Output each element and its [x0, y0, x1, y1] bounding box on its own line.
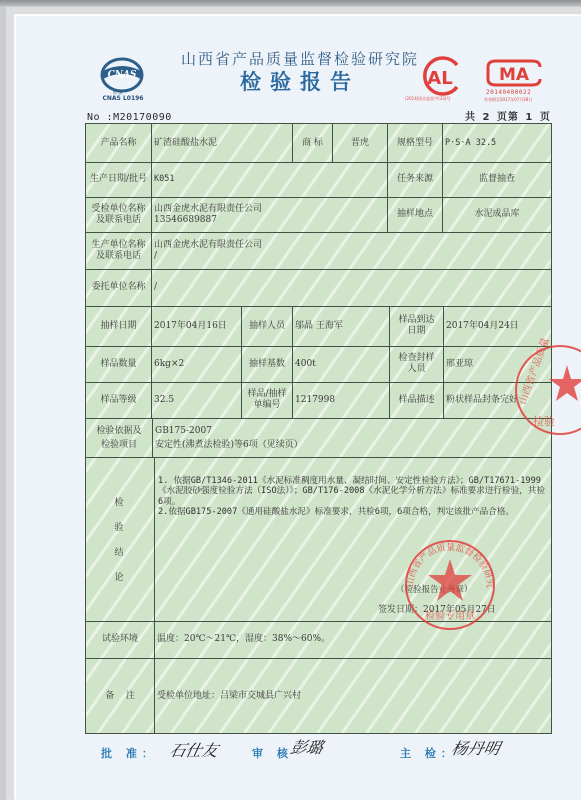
- basis-items: 安定性(沸煮法检验)等6项（见续页）: [155, 438, 303, 452]
- svg-text:CNAS: CNAS: [108, 70, 137, 80]
- arrival-date-label-line1: 样品到达: [398, 315, 434, 326]
- arrival-date-label-line2: 日期: [407, 326, 425, 337]
- inspected-unit-label-line2: 及联系电话: [96, 215, 141, 226]
- inspector-label: 主 检：: [400, 745, 457, 761]
- svg-text:MA: MA: [499, 65, 530, 85]
- production-batch-label: 生产日期/批号: [86, 162, 152, 197]
- environment-value: 温度：20℃～21℃，湿度：38%～60%。: [155, 621, 551, 658]
- trademark-value: 晋虎: [333, 124, 388, 162]
- conclusion-label-char: 检: [114, 495, 123, 508]
- inspected-unit-name: 山西金虎水泥有限责任公司: [154, 204, 262, 215]
- producer-unit-phone: /: [154, 251, 157, 262]
- sampling-base-value: 400t: [293, 346, 390, 382]
- spec-model-value: P·S·A 32.5: [443, 124, 551, 162]
- inspector-signature: 杨丹明: [450, 736, 503, 759]
- remarks-label: 备 注: [86, 658, 155, 734]
- conclusion-paragraph-1: 1. 依据GB/T1346-2011《水泥标准稠度用水量、凝结时间、安定性检验方…: [158, 476, 550, 507]
- row-divider: [86, 457, 551, 458]
- conclusion-label: 检 验 结 论: [86, 457, 152, 621]
- entrusting-unit-label: 委托单位名称: [86, 269, 152, 306]
- inspected-unit-label: 受检单位名称 及联系电话: [86, 197, 152, 232]
- svg-text:AL: AL: [427, 68, 452, 89]
- basis-label-line2: 检验项目: [101, 438, 137, 452]
- product-name-label: 产品名称: [86, 124, 152, 162]
- spec-model-label: 规格型号: [388, 124, 443, 162]
- inspection-form: 产品名称 矿渣硅酸盐水泥 商 标 晋虎 规格型号 P·S·A 32.5 生产日期…: [85, 123, 552, 734]
- sample-quantity-value: 6kg×2: [152, 346, 242, 382]
- sample-no-value: 1217998: [293, 382, 390, 418]
- seal-inspector-label-line1: 检查封样: [398, 353, 434, 364]
- basis-label-line1: 检验依据及: [96, 424, 141, 438]
- sample-description-label: 样品描述: [390, 382, 444, 418]
- inspected-unit-value: 山西金虎水泥有限责任公司 13546689887: [152, 197, 388, 232]
- cnas-code: CNAS L0196: [98, 95, 148, 102]
- basis-label: 检验依据及 检验项目: [86, 418, 153, 457]
- conclusion-label-char: 验: [114, 520, 123, 533]
- seal-note: （检验报告业务章）: [396, 583, 473, 595]
- producer-unit-name: 山西金虎水泥有限责任公司: [154, 240, 262, 251]
- conclusion-paragraph-2: 2.依据GB175-2007《通用硅酸盐水泥》标准要求，共检6项，6项合格，判定…: [158, 507, 550, 517]
- seal-inspector-value: 邢亚琼: [444, 346, 551, 382]
- trademark-label: 商 标: [293, 124, 333, 162]
- sampler-value: 邬晶 王海军: [293, 306, 390, 346]
- producer-unit-label-line2: 及联系电话: [96, 251, 141, 262]
- task-source-label: 任务来源: [388, 162, 443, 197]
- basis-value: GB175-2007 安定性(沸煮法检验)等6项（见续页）: [153, 418, 551, 457]
- page-count: 共 2 页第 1 页: [465, 108, 551, 123]
- product-name-value: 矿渣硅酸盐水泥: [152, 124, 293, 162]
- approver-signature: 石仕友: [168, 738, 221, 761]
- sample-no-label-line1: 样品/抽样: [247, 389, 286, 400]
- report-number: No :M20170090: [87, 112, 172, 123]
- cal-logo-icon: AL: [419, 55, 463, 97]
- cal-note: (2014)国认监验字(33)号: [405, 96, 451, 102]
- arrival-date-value: 2017年04月24日: [444, 306, 551, 346]
- sampling-date-value: 2017年04月16日: [152, 306, 242, 346]
- sampling-site-value: 水泥成品库: [443, 197, 551, 232]
- sampling-site-label: 抽样地点: [388, 197, 443, 232]
- cnas-logo-icon: CNAS: [100, 57, 144, 93]
- conclusion-divider: [154, 457, 155, 621]
- arrival-date-label: 样品到达 日期: [390, 306, 444, 346]
- conclusion-text: 1. 依据GB/T1346-2011《水泥标准稠度用水量、凝结时间、安定性检验方…: [158, 476, 550, 517]
- sample-description-value: 粉状样品封条完好: [444, 382, 551, 418]
- approver-label: 批 准：: [101, 745, 158, 761]
- issue-date: 签发日期：2017年05月27日: [378, 602, 496, 615]
- sampling-base-label: 抽样基数: [242, 346, 293, 382]
- basis-standard: GB175-2007: [155, 424, 212, 438]
- entrusting-unit-value: /: [152, 269, 551, 306]
- reviewer-label: 审 核: [252, 745, 293, 761]
- sampling-date-label: 抽样日期: [86, 306, 152, 346]
- remarks-value: 受检单位地址：吕梁市交城县广兴村: [155, 658, 551, 734]
- sample-no-label: 样品/抽样 单编号: [242, 382, 293, 418]
- environment-label: 试验环境: [86, 621, 155, 658]
- scanner-edge: [0, 0, 581, 6]
- conclusion-label-char: 论: [114, 570, 123, 583]
- production-batch-value: K051: [152, 162, 388, 197]
- producer-unit-label: 生产单位名称 及联系电话: [86, 232, 152, 269]
- cma-number: 20140400022: [486, 89, 531, 96]
- reviewer-signature: 彭璐: [289, 735, 326, 758]
- report-title: 检验报告: [200, 66, 400, 96]
- sample-grade-label: 样品等级: [86, 382, 152, 418]
- conclusion-label-char: 结: [114, 545, 123, 558]
- task-source-value: 监督抽查: [443, 162, 551, 197]
- seal-inspector-label: 检查封样 人员: [390, 346, 444, 382]
- inspected-unit-label-line1: 受检单位名称: [91, 204, 145, 215]
- sample-grade-value: 32.5: [152, 382, 242, 418]
- sample-quantity-label: 样品数量: [86, 346, 152, 382]
- cma-note: 有效期至2017年07月28日: [484, 97, 532, 103]
- sampler-label: 抽样人员: [242, 306, 293, 346]
- seal-inspector-label-line2: 人员: [407, 364, 425, 375]
- producer-unit-value: 山西金虎水泥有限责任公司 /: [152, 232, 551, 269]
- inspected-unit-phone: 13546689887: [154, 215, 217, 226]
- cma-logo-icon: MA: [484, 57, 544, 89]
- producer-unit-label-line1: 生产单位名称: [91, 240, 145, 251]
- sample-no-label-line2: 单编号: [253, 400, 280, 411]
